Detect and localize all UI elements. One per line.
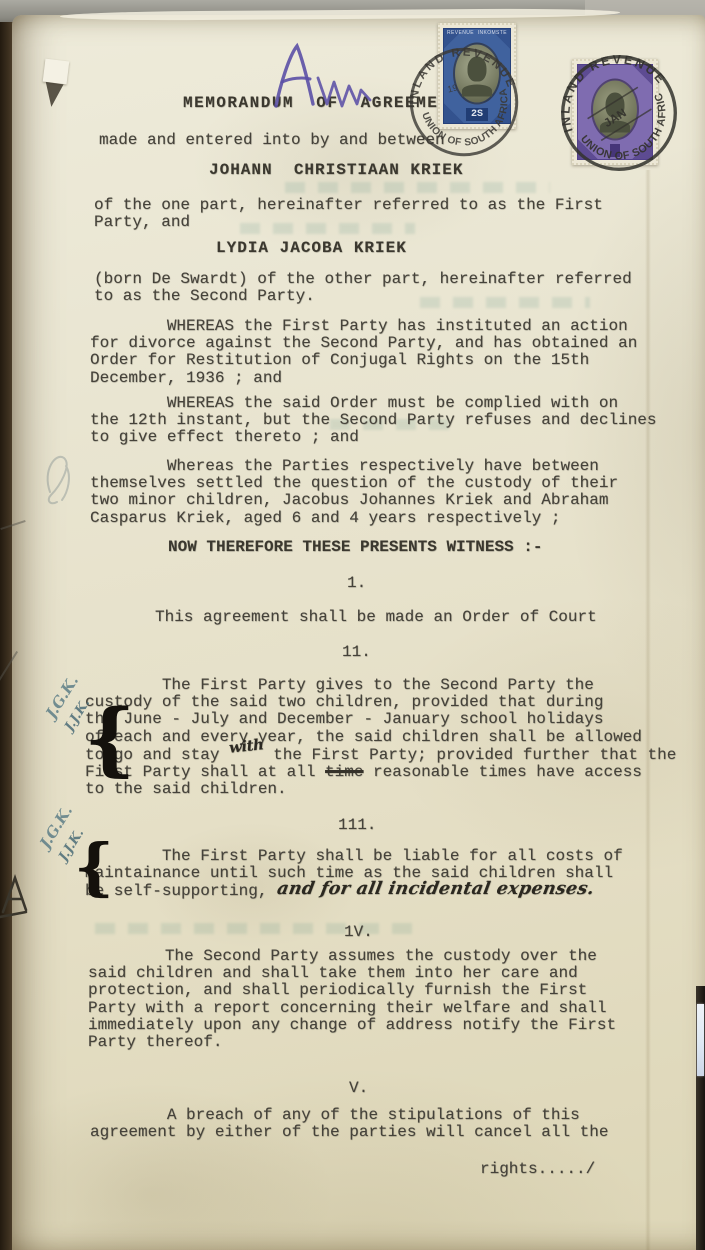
clause-3-number: 111. [338,817,376,834]
handwritten-insert-word: with [228,736,264,757]
page-tab-sticker [43,59,70,85]
clause-4-number: 1V. [344,924,373,941]
clause-3-text: The First Party shall be liable for all … [85,848,623,901]
margin-brace-clause-2: { [84,698,135,778]
svg-text:UNION OF SOUTH AFRICA: UNION OF SOUTH AFRICA [418,87,521,159]
bookmark-strip [697,1004,704,1076]
ink-bleed-smudge [95,923,425,934]
postmark-arc-bottom-text: UNION OF SOUTH AFRICA [418,87,521,159]
postmark-year: 19 [446,82,458,94]
faint-margin-squiggle [38,448,84,510]
handwritten-incidental-expenses-note: and for all incidental expenses. [276,881,596,898]
dark-wedge-mark [42,82,63,108]
first-party-clause: of the one part, hereinafter referred to… [94,197,603,231]
clause-5-number: V. [349,1080,368,1097]
catchword: rights...../ [480,1161,595,1178]
clause-2-text: The First Party gives to the Second Part… [85,677,676,798]
second-party-name: LYDIA JACOBA KRIEK [216,240,407,257]
bottom-left-letter-a-mark [0,872,30,920]
clause-4-text: The Second Party assumes the custody ove… [88,948,616,1051]
clause-1-text: This agreement shall be made an Order of… [155,609,597,626]
clause-2-number: 11. [342,644,371,661]
witness-line: NOW THEREFORE THESE PRESENTS WITNESS :- [168,539,542,556]
struck-out-word: time [325,763,363,781]
handwritten-letter-a-annotation [262,38,382,138]
recital-1: WHEREAS the First Party has instituted a… [90,318,637,387]
clause-5-text: A breach of any of the stipulations of t… [90,1107,608,1141]
recital-3: Whereas the Parties respectively have be… [90,458,618,527]
recital-2: WHEREAS the said Order must be complied … [90,395,657,447]
second-party-clause: (born De Swardt) of the other part, here… [94,271,632,305]
clause-1-number: 1. [347,575,366,592]
